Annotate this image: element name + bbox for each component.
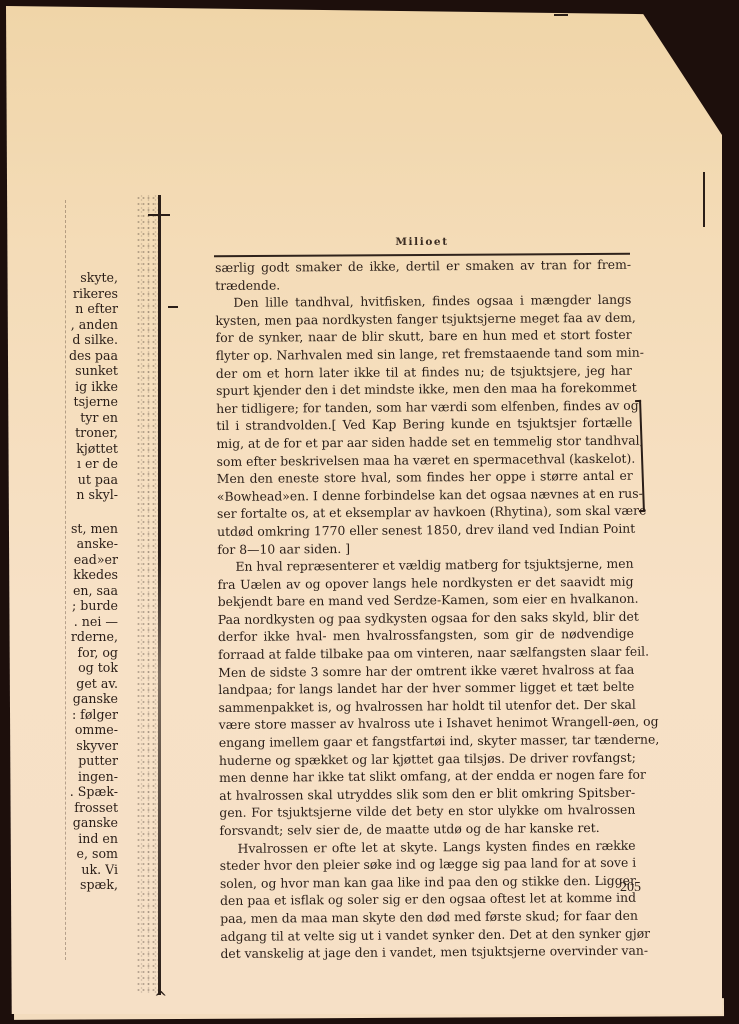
fragment-line: uk. Vi [62,862,118,878]
scanned-page: ​ skyte,rikeresn efter, andend silke.des… [0,0,739,1024]
fragment-line: st, men [62,521,118,537]
fragment-line: sunket [62,363,118,379]
page-number: 205 [620,880,641,896]
fragment-line: troner, [62,425,118,441]
running-head: Milioet [214,236,630,248]
fragment-line: ut paa [62,472,118,488]
fragment-line: ead»er [62,552,118,568]
fragment-line: frosset [62,800,118,816]
text-line: utdød omkring 1770 eller senest 1850, dr… [217,520,633,541]
fragment-line: : følger [62,707,118,723]
fragment-line: ind en [62,831,118,847]
fragment-line: get av. [62,676,118,692]
fragment-line: spæk, [62,877,118,893]
fragment-line: n efter [62,301,118,317]
dash-mark [554,14,568,16]
fragment-line: kkedes [62,567,118,583]
fragment-line: . nei — [62,614,118,630]
fragment-line: skyte, [62,270,118,286]
fragment-line: en, saa [62,583,118,599]
caret-mark-icon: ^ [154,988,167,1007]
fragment-line: tsjerne [62,394,118,410]
fragment-line: for, og [62,645,118,661]
fragment-line: n skyl- [62,487,118,503]
fragment-line: tyr en [62,410,118,426]
fragment-line: . Spæk- [62,784,118,800]
fragment-line: ı er de [62,456,118,472]
fragment-line: , anden [62,317,118,333]
fragment-line: putter [62,753,118,769]
fragment-line: rderne, [62,629,118,645]
fragment-line: kjøttet [62,441,118,457]
main-text-block: særlig godt smaker de ikke, dertil er sm… [215,256,637,963]
fragment-line: skyver [62,738,118,754]
fragment-line: ingen- [62,769,118,785]
fragment-line: og tok [62,660,118,676]
text-line: det vanskelig at jage den i vandet, men … [220,942,636,963]
fragment-line: ig ikke [62,379,118,395]
fragment-line: des paa [62,348,118,364]
fragment-line: anske- [62,536,118,552]
fragment-line: rikeres [62,286,118,302]
fragment-line [62,503,118,521]
fragment-line: ganske [62,815,118,831]
previous-page-fragment: skyte,rikeresn efter, andend silke.des p… [62,270,118,893]
gutter-binding-line [158,195,161,995]
fragment-line: ; burde [62,598,118,614]
gutter-speckle [136,195,158,995]
right-edge-mark [703,172,705,227]
fragment-line: e, som [62,846,118,862]
text-line: særlig godt smaker de ikke, dertil er sm… [215,256,631,277]
dash-mark [168,306,178,308]
fragment-line: ganske [62,691,118,707]
fragment-line: omme- [62,722,118,738]
gutter-tick-mark [148,214,170,216]
fragment-line: d silke. [62,332,118,348]
